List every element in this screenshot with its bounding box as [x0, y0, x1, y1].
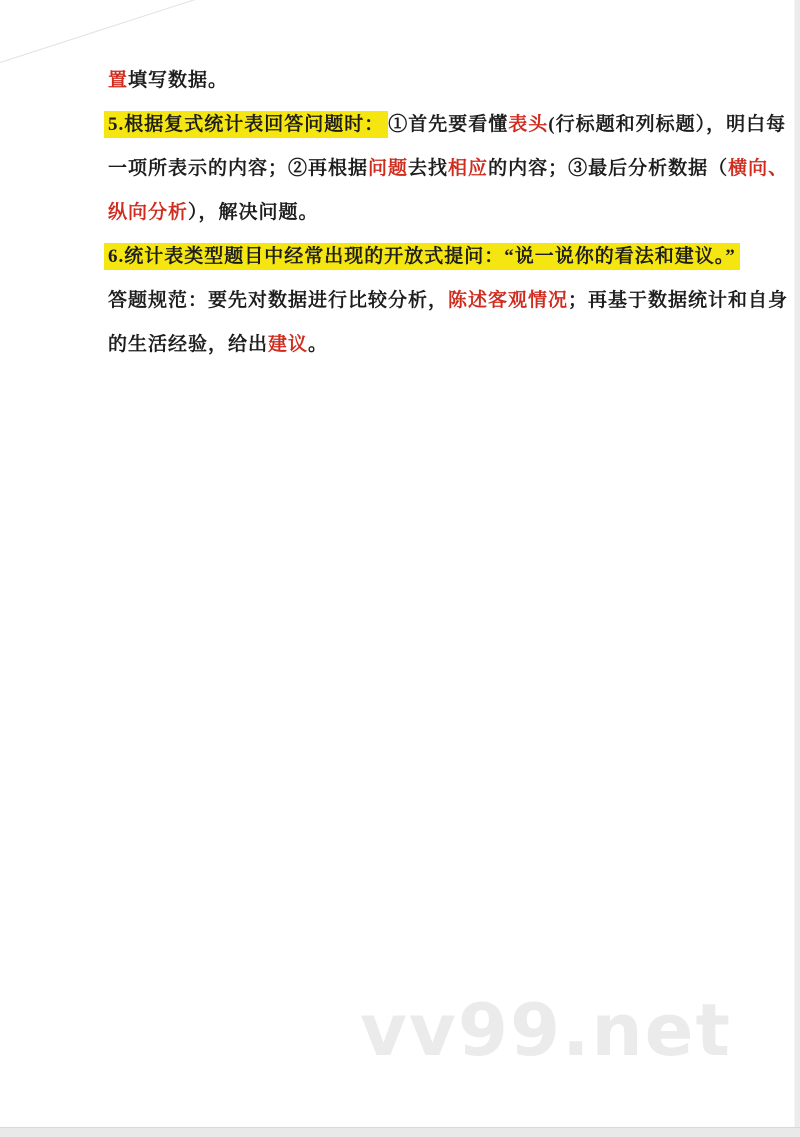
red-term: 横向、 [728, 158, 788, 179]
text-segment: ；再基于数据统计和自身 [568, 290, 788, 311]
text-line-2: 5.根据复式统计表回答问题时：①首先要看懂表头(行标题和列标题），明白每 [108, 114, 733, 135]
red-term: 相应 [448, 158, 488, 179]
page-edge-right [794, 0, 800, 1128]
text-segment: (行标题和列标题），明白每 [548, 114, 786, 135]
highlighted-heading: 5.根据复式统计表回答问题时： [104, 111, 388, 138]
text-line-5: 6.统计表类型题目中经常出现的开放式提问：“说一说你的看法和建议。” [108, 246, 733, 267]
document-page: 置填写数据。 5.根据复式统计表回答问题时：①首先要看懂表头(行标题和列标题），… [108, 70, 733, 378]
text-segment: 的生活经验，给出 [108, 334, 268, 355]
text-segment: 答题规范：要先对数据进行比较分析， [108, 290, 448, 311]
red-term: 建议 [268, 334, 308, 355]
text-line-4: 纵向分析），解决问题。 [108, 202, 733, 223]
watermark: vv99.net [360, 988, 732, 1072]
red-term: 纵向分析 [108, 202, 188, 223]
text-segment: 去找 [408, 158, 448, 179]
text-line-6: 答题规范：要先对数据进行比较分析，陈述客观情况；再基于数据统计和自身 [108, 290, 733, 311]
red-term: 置 [108, 70, 128, 91]
red-term: 陈述客观情况 [448, 290, 568, 311]
text-line-3: 一项所表示的内容；②再根据问题去找相应的内容；③最后分析数据（横向、 [108, 158, 733, 179]
red-term: 问题 [368, 158, 408, 179]
text-segment: 一项所表示的内容；②再根据 [108, 158, 368, 179]
text-segment: 。 [308, 334, 328, 355]
red-term: 表头 [508, 114, 548, 135]
highlighted-heading: 6.统计表类型题目中经常出现的开放式提问：“说一说你的看法和建议。” [104, 243, 740, 270]
text-segment: 的内容；③最后分析数据（ [488, 158, 728, 179]
page-corner-crease [0, 0, 196, 63]
text-line-7: 的生活经验，给出建议。 [108, 334, 733, 355]
text-segment: ），解决问题。 [188, 202, 319, 223]
text-line-1: 置填写数据。 [108, 70, 733, 91]
text-segment: ①首先要看懂 [388, 114, 508, 135]
page-edge-bottom [0, 1127, 800, 1137]
text-segment: 填写数据。 [128, 70, 228, 91]
